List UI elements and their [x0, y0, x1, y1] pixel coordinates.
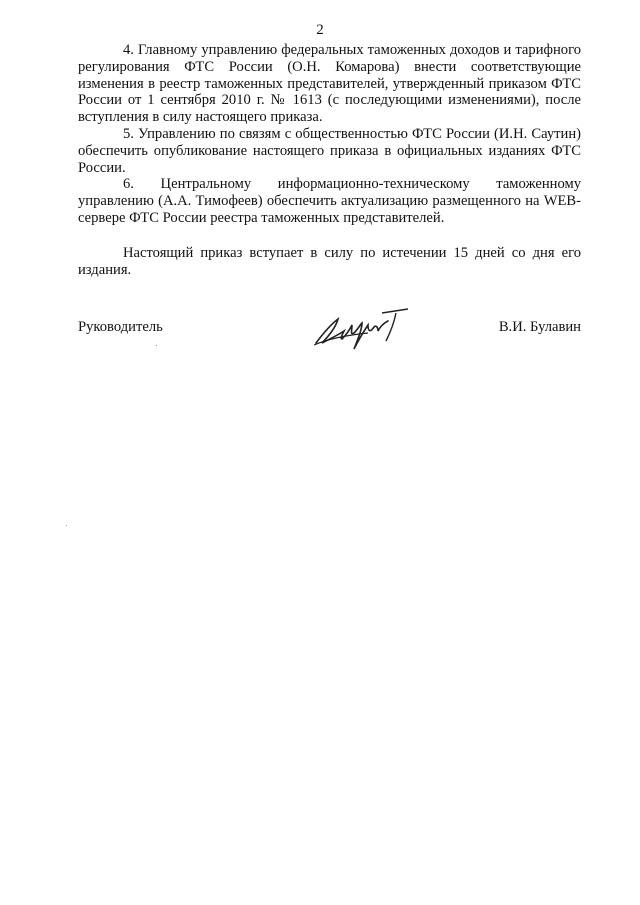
signature-block: Руководитель В.И. Булавин — [78, 315, 581, 365]
page-number: 2 — [0, 22, 640, 39]
paragraph-6: 6. Центральному информационно-техническо… — [78, 176, 581, 226]
scan-speck — [66, 525, 67, 526]
document-body: 4. Главному управлению федеральных тамож… — [78, 42, 581, 278]
signatory-title: Руководитель — [78, 319, 163, 336]
signature-icon — [308, 305, 418, 355]
paragraph-5: 5. Управлению по связям с общественность… — [78, 126, 581, 176]
scan-speck — [156, 345, 157, 346]
closing-statement: Настоящий приказ вступает в силу по исте… — [78, 245, 581, 279]
paragraph-4: 4. Главному управлению федеральных тамож… — [78, 42, 581, 126]
signatory-name: В.И. Булавин — [499, 319, 581, 336]
